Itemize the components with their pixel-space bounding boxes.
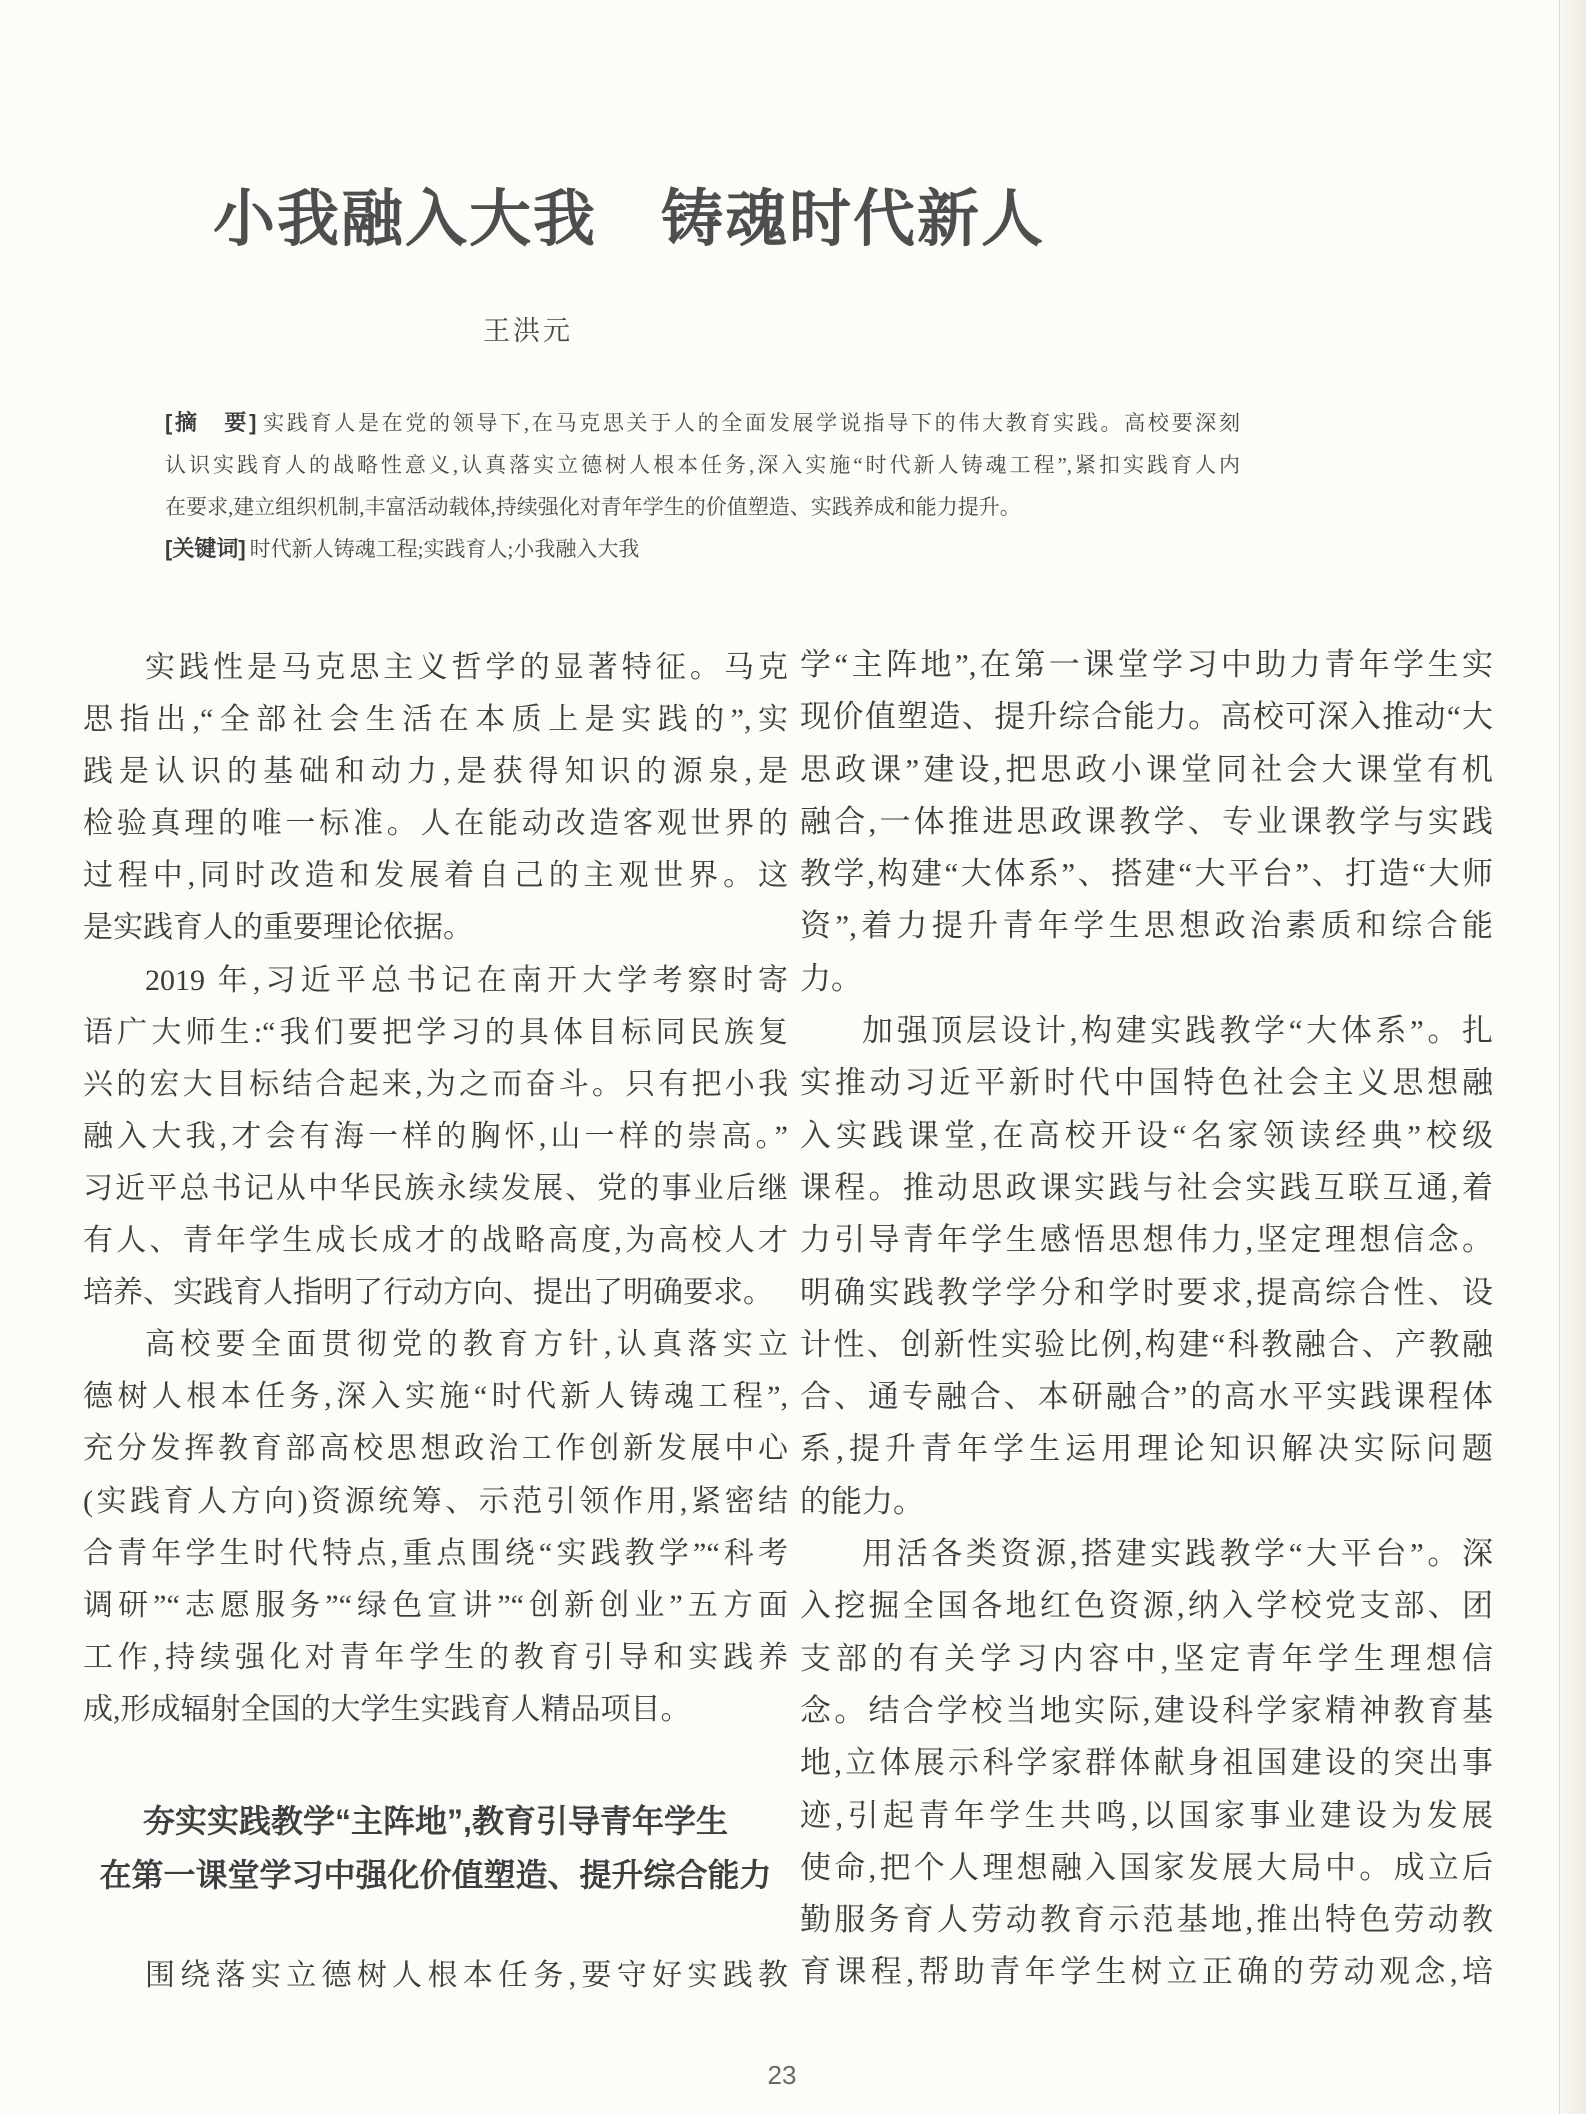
body-line: 德树人根本任务,深入实施“时代新人铸魂工程”,	[83, 1371, 788, 1423]
abstract-block: [摘 要]实践育人是在党的领导下,在马克思关于人的全面发展学说指导下的伟大教育实…	[165, 402, 1240, 570]
section-heading-line: 在第一课堂学习中强化价值塑造、提升综合能力	[83, 1848, 788, 1902]
body-line: 学“主阵地”,在第一课堂学习中助力青年学生实	[800, 639, 1493, 691]
article-author: 王洪元	[483, 312, 573, 350]
body-line: 明确实践教学学分和学时要求,提高综合性、设	[800, 1267, 1493, 1319]
body-line: 合、通专融合、本研融合”的高水平实践课程体	[800, 1371, 1493, 1423]
body-line: 兴的宏大目标结合起来,为之而奋斗。只有把小我	[83, 1059, 788, 1111]
body-line: 计性、创新性实验比例,构建“科教融合、产教融	[800, 1319, 1493, 1371]
body-line: 入实践课堂,在高校开设“名家领读经典”校级	[800, 1110, 1493, 1162]
body-line: 检验真理的唯一标准。人在能动改造客观世界的	[83, 798, 788, 850]
body-line: 融合,一体推进思政课教学、专业课教学与实践	[800, 796, 1493, 848]
body-line: (实践育人方向)资源统筹、示范引领作用,紧密结	[83, 1476, 788, 1528]
body-line: 工作,持续强化对青年学生的教育引导和实践养	[83, 1632, 788, 1684]
body-line: 围绕落实立德树人根本任务,要守好实践教	[83, 1950, 788, 2002]
body-line: 课程。推动思政课实践与社会实践互联互通,着	[800, 1162, 1493, 1214]
body-line: 过程中,同时改造和发展着自己的主观世界。这	[83, 850, 788, 902]
body-line: 地,立体展示科学家群体献身祖国建设的突出事	[800, 1737, 1493, 1789]
left-column: 实践性是马克思主义哲学的显著特征。马克思指出,“全部社会生活在本质上是实践的”,…	[83, 642, 788, 2002]
page-number: 23	[752, 2060, 812, 2091]
body-line: 资”,着力提升青年学生思想政治素质和综合能	[800, 900, 1493, 952]
body-line: 语广大师生:“我们要把学习的具体目标同民族复	[83, 1007, 788, 1059]
body-line: 2019 年,习近平总书记在南开大学考察时寄	[83, 955, 788, 1007]
body-line: 系,提升青年学生运用理论知识解决实际问题	[800, 1423, 1493, 1475]
body-line: 使命,把个人理想融入国家发展大局中。成立后	[800, 1842, 1493, 1894]
scan-edge-artifact	[1559, 0, 1586, 2114]
body-line: 调研”“志愿服务”“绿色宣讲”“创新创业”五方面	[83, 1580, 788, 1632]
body-line: 念。结合学校当地实际,建设科学家精神教育基	[800, 1685, 1493, 1737]
body-line: 现价值塑造、提升综合能力。高校可深入推动“大	[800, 691, 1493, 743]
body-line: 支部的有关学习内容中,坚定青年学生理想信	[800, 1633, 1493, 1685]
body-line: 融入大我,才会有海一样的胸怀,山一样的崇高。”	[83, 1111, 788, 1163]
body-line: 育课程,帮助青年学生树立正确的劳动观念,培	[800, 1946, 1493, 1998]
body-line: 力。	[800, 953, 1493, 1005]
body-line: 力引导青年学生感悟思想伟力,坚定理想信念。	[800, 1214, 1493, 1266]
body-line: 勤服务育人劳动教育示范基地,推出特色劳动教	[800, 1894, 1493, 1946]
abstract-line: 认识实践育人的战略性意义,认真落实立德树人根本任务,深入实施“时代新人铸魂工程”…	[165, 444, 1240, 486]
right-column: 学“主阵地”,在第一课堂学习中助力青年学生实现价值塑造、提升综合能力。高校可深入…	[800, 639, 1493, 1999]
body-line: 充分发挥教育部高校思想政治工作创新发展中心	[83, 1423, 788, 1475]
body-line: 践是认识的基础和动力,是获得知识的源泉,是	[83, 746, 788, 798]
body-line: 习近平总书记从中华民族永续发展、党的事业后继	[83, 1163, 788, 1215]
document-page: 小我融入大我 铸魂时代新人 王洪元 [摘 要]实践育人是在党的领导下,在马克思关…	[0, 0, 1586, 2114]
body-line: 有人、青年学生成长成才的战略高度,为高校人才	[83, 1215, 788, 1267]
abstract-line: 在要求,建立组织机制,丰富活动载体,持续强化对青年学生的价值塑造、实践养成和能力…	[165, 486, 1240, 528]
body-line: 高校要全面贯彻党的教育方针,认真落实立	[83, 1319, 788, 1371]
body-line: 合青年学生时代特点,重点围绕“实践教学”“科考	[83, 1528, 788, 1580]
body-line: 迹,引起青年学生共鸣,以国家事业建设为发展	[800, 1790, 1493, 1842]
body-line: 培养、实践育人指明了行动方向、提出了明确要求。	[83, 1267, 788, 1319]
body-line: 思指出,“全部社会生活在本质上是实践的”,实	[83, 694, 788, 746]
article-title: 小我融入大我 铸魂时代新人	[213, 180, 1045, 260]
section-heading-line: 夯实实践教学“主阵地”,教育引导青年学生	[83, 1794, 788, 1848]
body-line: 实推动习近平新时代中国特色社会主义思想融	[800, 1057, 1493, 1109]
keywords-text: 时代新人铸魂工程;实践育人;小我融入大我	[250, 537, 640, 561]
body-line: 教学,构建“大体系”、搭建“大平台”、打造“大师	[800, 848, 1493, 900]
body-line: 用活各类资源,搭建实践教学“大平台”。深	[800, 1528, 1493, 1580]
abstract-label: [摘 要]	[165, 410, 260, 435]
body-line: 加强顶层设计,构建实践教学“大体系”。扎	[800, 1005, 1493, 1057]
body-line: 的能力。	[800, 1476, 1493, 1528]
body-line: 思政课”建设,把思政小课堂同社会大课堂有机	[800, 744, 1493, 796]
abstract-line: [摘 要]实践育人是在党的领导下,在马克思关于人的全面发展学说指导下的伟大教育实…	[165, 402, 1240, 444]
body-line: 成,形成辐射全国的大学生实践育人精品项目。	[83, 1684, 788, 1736]
keywords-label: [关键词]	[165, 536, 250, 561]
body-line: 实践性是马克思主义哲学的显著特征。马克	[83, 642, 788, 694]
body-line: 入挖掘全国各地红色资源,纳入学校党支部、团	[800, 1580, 1493, 1632]
keywords-line: [关键词]时代新人铸魂工程;实践育人;小我融入大我	[165, 528, 1240, 570]
abstract-text: 实践育人是在党的领导下,在马克思关于人的全面发展学说指导下的伟大教育实践。高校要…	[260, 411, 1240, 435]
body-line: 是实践育人的重要理论依据。	[83, 902, 788, 954]
